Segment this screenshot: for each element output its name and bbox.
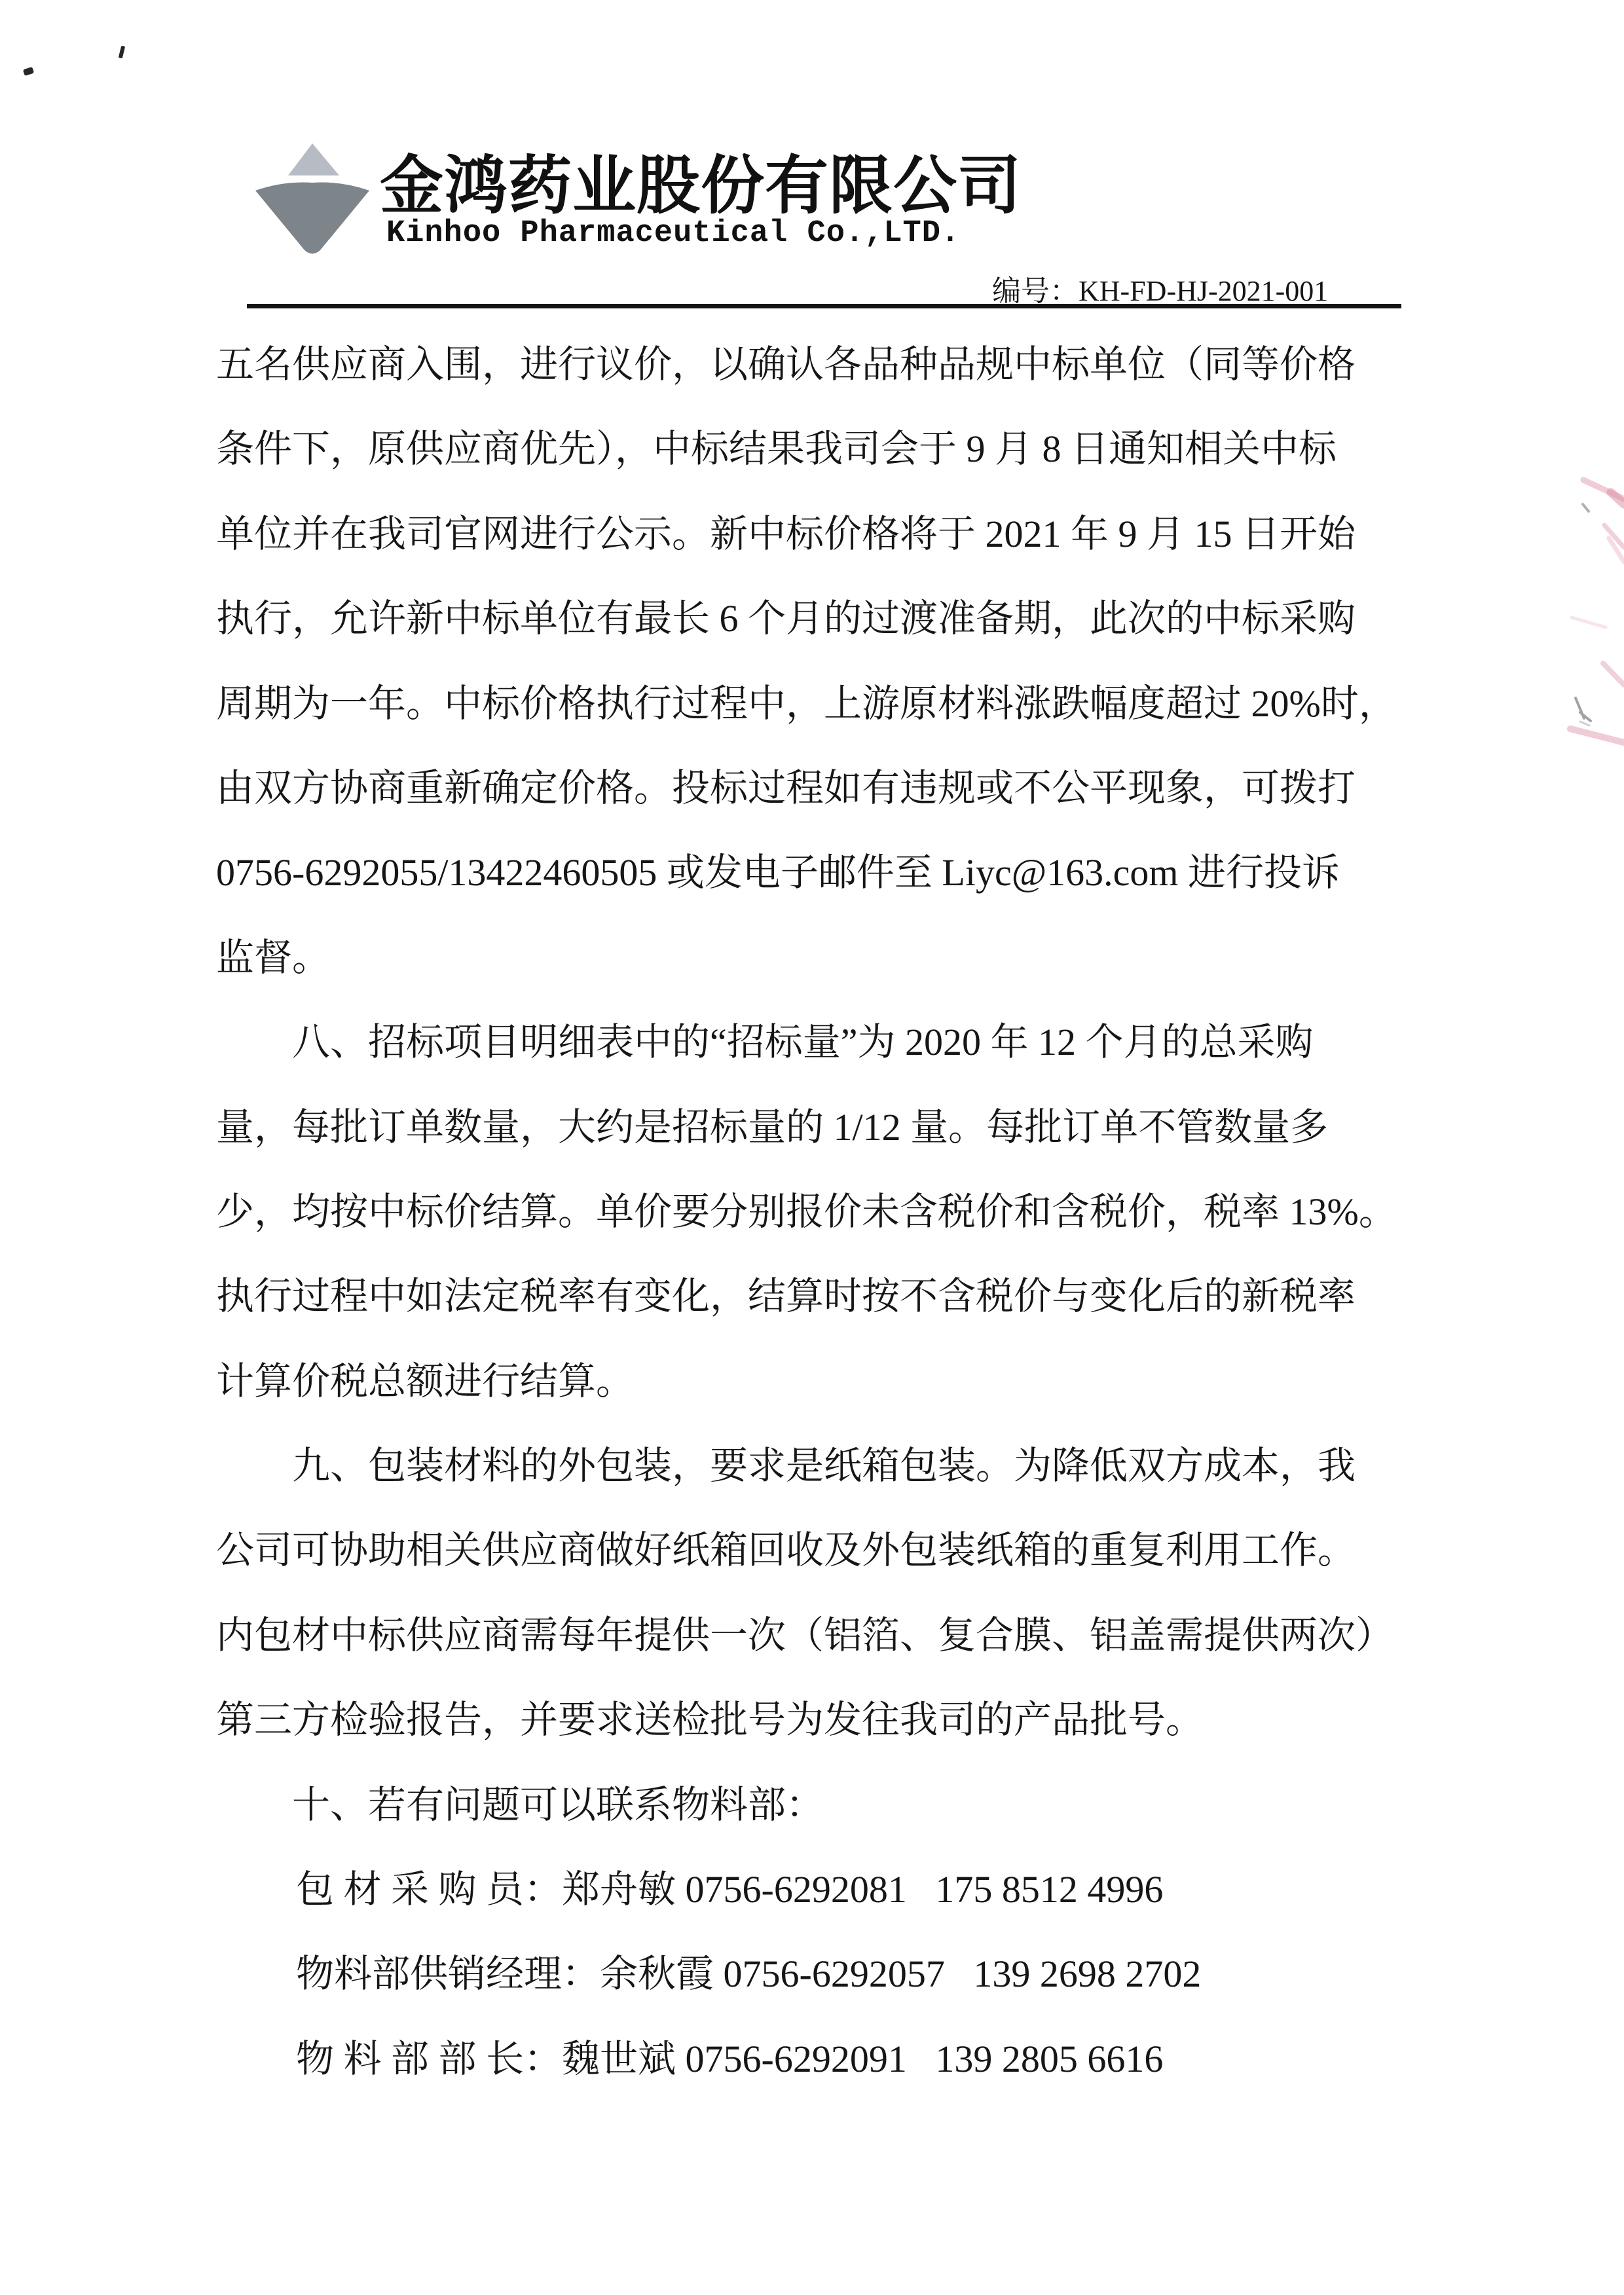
document-line: 周期为一年。中标价格执行过程中，上游原材料涨跌幅度超过 20%时， bbox=[216, 661, 1473, 746]
document-line-section-9: 九、包装材料的外包装，要求是纸箱包装。为降低双方成本，我 bbox=[216, 1423, 1473, 1508]
document-line: 五名供应商入围，进行议价，以确认各品种品规中标单位（同等价格 bbox=[216, 322, 1473, 407]
document-line: 由双方协商重新确定价格。投标过程如有违规或不公平现象，可拨打 bbox=[216, 746, 1473, 830]
company-name-chinese: 金鸿药业股份有限公司 bbox=[380, 134, 1022, 226]
letter-body: 五名供应商入围，进行议价，以确认各品种品规中标单位（同等价格 条件下，原供应商优… bbox=[216, 322, 1473, 2101]
document-line: 0756-6292055/13422460505 或发电子邮件至 Liyc@16… bbox=[216, 830, 1473, 915]
document-line: 条件下，原供应商优先），中标结果我司会于 9 月 8 日通知相关中标 bbox=[216, 407, 1473, 491]
scan-speck bbox=[119, 46, 125, 59]
scan-speck bbox=[23, 67, 34, 76]
document-line: 第三方检验报告，并要求送检批号为发往我司的产品批号。 bbox=[216, 1678, 1473, 1762]
document-number-value: KH-FD-HJ-2021-001 bbox=[1079, 275, 1328, 307]
contact-line-director: 物 料 部 部 长：魏世斌 0756-6292091 139 2805 6616 bbox=[216, 2017, 1473, 2101]
contact-line-buyer: 包 材 采 购 员：郑舟敏 0756-6292081 175 8512 4996 bbox=[216, 1847, 1473, 1932]
document-line: 量，每批订单数量，大约是招标量的 1/12 量。每批订单不管数量多 bbox=[216, 1085, 1473, 1169]
document-line: 监督。 bbox=[216, 915, 1473, 1000]
company-name-english: Kinhoo Pharmaceutical Co.,LTD. bbox=[386, 216, 960, 251]
document-number-label: 编号： bbox=[992, 275, 1079, 307]
document-line: 公司可协助相关供应商做好纸箱回收及外包装纸箱的重复利用工作。 bbox=[216, 1508, 1473, 1592]
diamond-gem-logo-icon bbox=[254, 141, 372, 259]
document-number: 编号：KH-FD-HJ-2021-001 bbox=[992, 267, 1328, 309]
document-line: 单位并在我司官网进行公示。新中标价格将于 2021 年 9 月 15 日开始 bbox=[216, 492, 1473, 576]
contact-line-manager: 物料部供销经理：余秋霞 0756-6292057 139 2698 2702 bbox=[216, 1932, 1473, 2016]
document-line-section-10: 十、若有问题可以联系物料部： bbox=[216, 1763, 1473, 1847]
letterhead-divider bbox=[247, 304, 1401, 308]
document-line: 少，均按中标价结算。单价要分别报价未含税价和含税价，税率 13%。 bbox=[216, 1169, 1473, 1254]
document-line: 内包材中标供应商需每年提供一次（铝箔、复合膜、铝盖需提供两次） bbox=[216, 1593, 1473, 1678]
document-page: 金鸿药业股份有限公司 Kinhoo Pharmaceutical Co.,LTD… bbox=[0, 0, 1624, 2295]
document-line: 计算价税总额进行结算。 bbox=[216, 1339, 1473, 1423]
document-line: 执行，允许新中标单位有最长 6 个月的过渡准备期，此次的中标采购 bbox=[216, 576, 1473, 661]
red-ink-bleed-marks bbox=[1559, 458, 1624, 766]
document-line-section-8: 八、招标项目明细表中的“招标量”为 2020 年 12 个月的总采购 bbox=[216, 1000, 1473, 1084]
document-line: 执行过程中如法定税率有变化，结算时按不含税价与变化后的新税率 bbox=[216, 1254, 1473, 1338]
